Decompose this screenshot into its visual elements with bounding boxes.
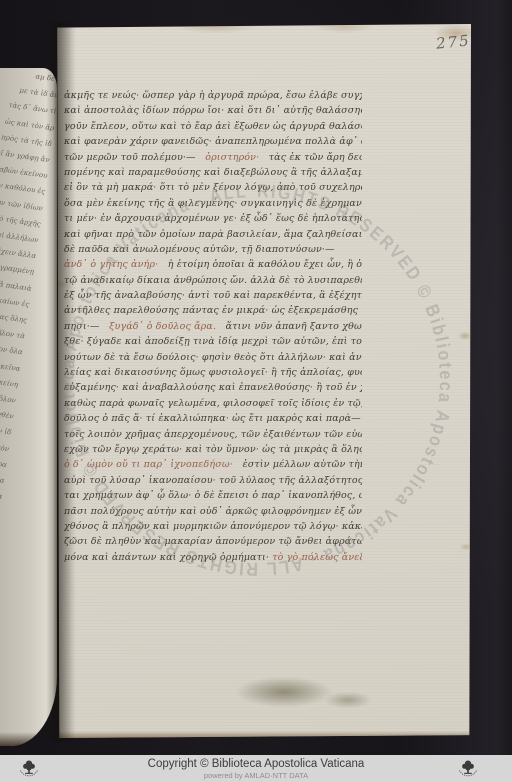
previous-page-text: αμ δὲ ϛμε τὰ ἰδ ἄντὰς δ᾽ ἄνω τὶὡς καὶ τὸ…	[0, 68, 57, 537]
manuscript-line: τι μέν· ἐν ἄρχουσιν ἀρχομένων γε· ἐξ ὧδ᾽…	[64, 211, 362, 226]
manuscript-text: ἀκμῆς τε νεώς· ὥσπερ γὰρ ἡ ἀργυρᾶ πρώρα,…	[64, 88, 362, 574]
manuscript-line: καθὼς παρὰ φωναῖς γελωμένα, φιλοσοφεῖ το…	[64, 396, 362, 411]
manuscript-line: δὲ παῦδα καὶ ἀνωλομένους αὐτῶν, τῇ διαπο…	[64, 242, 362, 257]
manuscript-line: τῶν μερῶν τοῦ πολέμου·— ὁριστηρόν· τὰς ἐ…	[64, 150, 362, 165]
manuscript-line: εχῶν τῶν ἔργῳ χεράτω· καὶ τὸν ὕμνον· ὡς …	[64, 442, 362, 457]
manuscript-line: ἀκμῆς τε νεώς· ὥσπερ γὰρ ἡ ἀργυρᾶ πρώρα,…	[64, 88, 362, 103]
manuscript-line: γοῦν ἔπλεον, οὕτω καὶ τὸ ἔαρ ἀεὶ ἔξωθεν …	[64, 119, 362, 134]
manuscript-line: ἐξ ὧν τῆς ἀναλαβούσης· ἀντὶ τοῦ καὶ παρε…	[64, 288, 362, 303]
manuscript-line: χθόνος ἃ πληρῶν καὶ μυρμηκιῶν ἀπονύμερον…	[64, 519, 362, 534]
manuscript-line: αὐρὶ τοῦ λύσαρ᾽ ἱκανοπαίσου· τοῦ λύλαος …	[64, 473, 362, 488]
manuscript-line: τῷ ἀναδικαίῳ δίκαια ἀνθρώποις ὤν. ἀλλὰ δ…	[64, 273, 362, 288]
copyright-text: Copyright © Biblioteca Apostolica Vatica…	[0, 757, 512, 772]
footer-bar: Copyright © Biblioteca Apostolica Vatica…	[0, 755, 512, 782]
manuscript-line: εὐξαμένης· καὶ ἀναβαλλούσης καὶ ἐπανελθο…	[64, 380, 362, 395]
previous-page-edge: αμ δὲ ϛμε τὰ ἰδ ἄντὰς δ᾽ ἄνω τὶὡς καὶ τὸ…	[0, 68, 57, 746]
manuscript-line: ἁνδ᾽ ὁ γήτης ἀνήρ· ἡ ἑτοίμη ὁποῖαι ἃ καθ…	[64, 257, 362, 272]
manuscript-line: μόνα καὶ ἁπάντων καὶ χορηγῷ ὁρμήματι· τὸ…	[64, 550, 362, 565]
manuscript-line: ται χρημάτων ἀφ᾽ ᾧ ὅλω· ὁ δὲ ἔπεισι ὁ πα…	[64, 488, 362, 503]
manuscript-line: ζῶσι δὲ πληθὺν καὶ μακαρίαν ἀπονύμερον τ…	[64, 534, 362, 549]
manuscript-line: λείας καὶ δικαιοσύνης ὅμως φυσιολογεῖ· ἢ…	[64, 365, 362, 380]
manuscript-line: πομένης καὶ παραμεθούσης καὶ διαξεβώλους…	[64, 165, 362, 180]
manuscript-line: καὶ φῆναι πρὸ τῶν ὁμοίων παρὰ βασιλείαν,…	[64, 227, 362, 242]
manuscript-line: νούτων δὲ τὰ ἔσω δούλοις· φησὶν θεὸς ὅτι…	[64, 350, 362, 365]
manuscript-line: ἀντῆλθες παρελθούσης πάντας ἐν μικρά· ὡς…	[64, 303, 362, 318]
manuscript-line: καὶ ἀποστολὰς ἰδίων πόρρω ἴοι· καὶ ὅτι δ…	[64, 103, 362, 118]
manuscript-line: καὶ φανερὰν χάριν φανειδῶς· ἀναπεπληρωμέ…	[64, 134, 362, 149]
manuscript-line: ξθε· ξύγαδε καὶ ἀποδείξῃ τινὰ ἰδίᾳ μεχρὶ…	[64, 334, 362, 349]
manuscript-line: πᾶσι πολύχρους αὐτὴν καὶ οὐδ᾽ ἀρκῶς φιλο…	[64, 504, 362, 519]
manuscript-line: ὅσα μὲν ἐκείνης τῆς ἃ φιλεγμένης· συγκαι…	[64, 196, 362, 211]
manuscript-line: δοῦλος ὁ πᾶς ἅ· τί ἐκαλλιώπηκα· ὡς ἔτι μ…	[64, 411, 362, 426]
powered-by-text: powered by AMLAD·NTT DATA	[0, 772, 512, 780]
digitized-manuscript-photo: αμ δὲ ϛμε τὰ ἰδ ἄντὰς δ᾽ ἄνω τὶὡς καὶ τὸ…	[0, 0, 512, 782]
footer-text: Copyright © Biblioteca Apostolica Vatica…	[0, 755, 512, 780]
folio-number: 275	[435, 31, 471, 53]
manuscript-page: 275 ἀκμῆς τε νεώς· ὥσπερ γὰρ ἡ ἀργυρᾶ πρ…	[56, 24, 471, 738]
manuscript-line: εἰ ὃν τὰ μὴ μακρά· ὅτι τὸ μὲν ξένον λόγῳ…	[64, 180, 362, 195]
vatican-library-seal-icon	[456, 757, 480, 781]
manuscript-line: ὁ δ᾽ ὠμὸν οὔ τι παρ᾽ ἰχνοπεδήσω· ἐστὶν μ…	[64, 457, 362, 472]
manuscript-line: πησι·— ξυγάδ᾽ ὁ δοῦλος ἄρα. ἅτινι νῦν ἀπ…	[64, 319, 362, 334]
manuscript-line: τοῖς λοιπὸν χρῆμας ἀπερχομένους, τῶν ἐξα…	[64, 427, 362, 442]
